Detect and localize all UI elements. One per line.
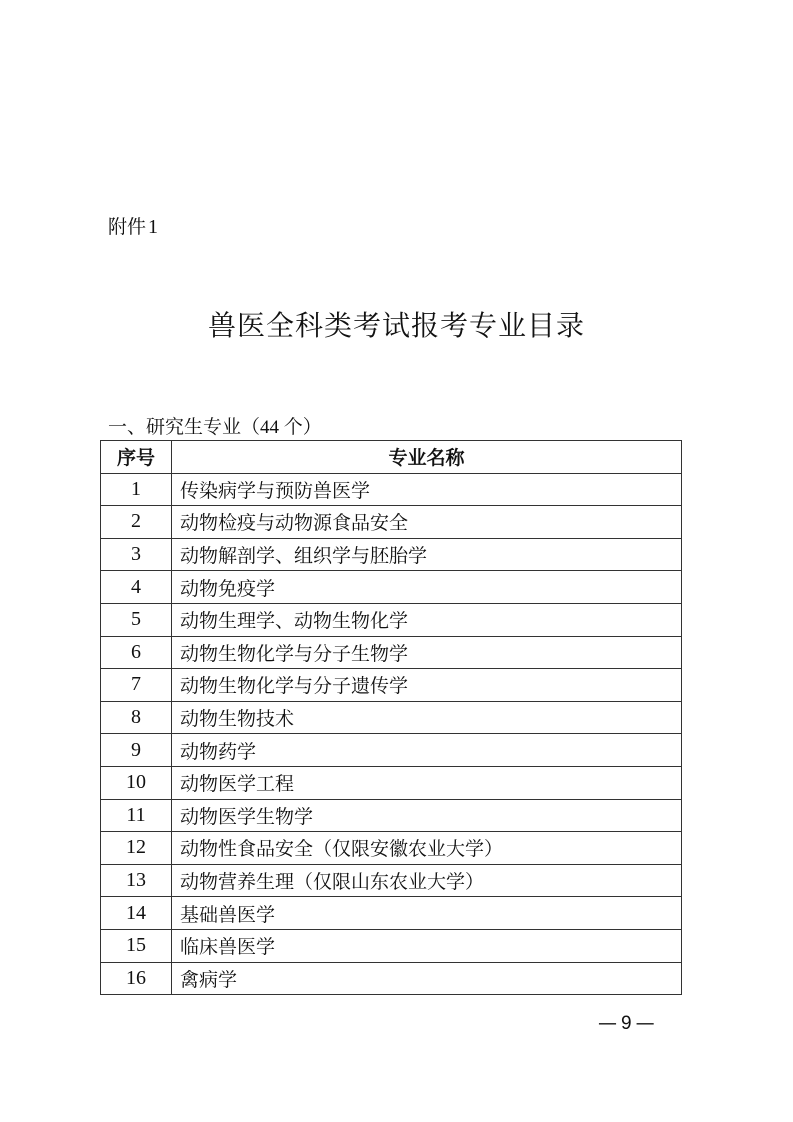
row-seq: 1 [101, 473, 172, 506]
table-row: 15临床兽医学 [101, 929, 682, 962]
section-label: 一、研究生专业 [108, 416, 241, 438]
row-major-name: 动物营养生理（仅限山东农业大学） [172, 864, 682, 897]
row-major-name: 动物生理学、动物生物化学 [172, 603, 682, 636]
row-seq: 16 [101, 962, 172, 995]
attachment-label: 附件1 [108, 212, 158, 239]
row-seq: 11 [101, 799, 172, 832]
table-row: 8动物生物技术 [101, 701, 682, 734]
table-row: 5动物生理学、动物生物化学 [101, 603, 682, 636]
row-major-name: 传染病学与预防兽医学 [172, 473, 682, 506]
section-heading: 一、研究生专业（44 个） [108, 412, 322, 439]
table-row: 10动物医学工程 [101, 766, 682, 799]
table-header-row: 序号 专业名称 [101, 441, 682, 474]
row-seq: 7 [101, 669, 172, 702]
row-major-name: 临床兽医学 [172, 929, 682, 962]
row-seq: 9 [101, 734, 172, 767]
row-seq: 10 [101, 766, 172, 799]
table-row: 7动物生物化学与分子遗传学 [101, 669, 682, 702]
row-seq: 5 [101, 603, 172, 636]
table-row: 3动物解剖学、组织学与胚胎学 [101, 538, 682, 571]
row-major-name: 动物免疫学 [172, 571, 682, 604]
row-major-name: 动物检疫与动物源食品安全 [172, 506, 682, 539]
page-dash-left: — [598, 1012, 617, 1034]
row-major-name: 动物解剖学、组织学与胚胎学 [172, 538, 682, 571]
row-seq: 15 [101, 929, 172, 962]
table-row: 6动物生物化学与分子生物学 [101, 636, 682, 669]
major-table: 序号 专业名称 1传染病学与预防兽医学2动物检疫与动物源食品安全3动物解剖学、组… [100, 440, 682, 995]
page-number: —9— [598, 1012, 655, 1035]
row-seq: 13 [101, 864, 172, 897]
table-row: 4动物免疫学 [101, 571, 682, 604]
row-major-name: 禽病学 [172, 962, 682, 995]
attachment-text: 附件 [108, 216, 146, 238]
table-row: 11动物医学生物学 [101, 799, 682, 832]
table-row: 14基础兽医学 [101, 897, 682, 930]
table-row: 9动物药学 [101, 734, 682, 767]
row-seq: 2 [101, 506, 172, 539]
table-row: 16禽病学 [101, 962, 682, 995]
header-name: 专业名称 [172, 441, 682, 474]
row-seq: 3 [101, 538, 172, 571]
row-major-name: 动物生物化学与分子遗传学 [172, 669, 682, 702]
row-seq: 8 [101, 701, 172, 734]
row-major-name: 基础兽医学 [172, 897, 682, 930]
attachment-number: 1 [148, 216, 158, 238]
section-count: （44 个） [241, 417, 322, 438]
page-dash-right: — [636, 1012, 655, 1034]
row-seq: 6 [101, 636, 172, 669]
table-row: 13动物营养生理（仅限山东农业大学） [101, 864, 682, 897]
row-major-name: 动物生物技术 [172, 701, 682, 734]
table-row: 2动物检疫与动物源食品安全 [101, 506, 682, 539]
row-seq: 4 [101, 571, 172, 604]
page-number-value: 9 [621, 1013, 632, 1034]
document-title: 兽医全科类考试报考专业目录 [0, 304, 793, 344]
row-major-name: 动物药学 [172, 734, 682, 767]
row-major-name: 动物医学生物学 [172, 799, 682, 832]
header-seq: 序号 [101, 441, 172, 474]
table-row: 1传染病学与预防兽医学 [101, 473, 682, 506]
row-major-name: 动物性食品安全（仅限安徽农业大学） [172, 832, 682, 865]
row-seq: 12 [101, 832, 172, 865]
row-seq: 14 [101, 897, 172, 930]
row-major-name: 动物生物化学与分子生物学 [172, 636, 682, 669]
table-row: 12动物性食品安全（仅限安徽农业大学） [101, 832, 682, 865]
row-major-name: 动物医学工程 [172, 766, 682, 799]
